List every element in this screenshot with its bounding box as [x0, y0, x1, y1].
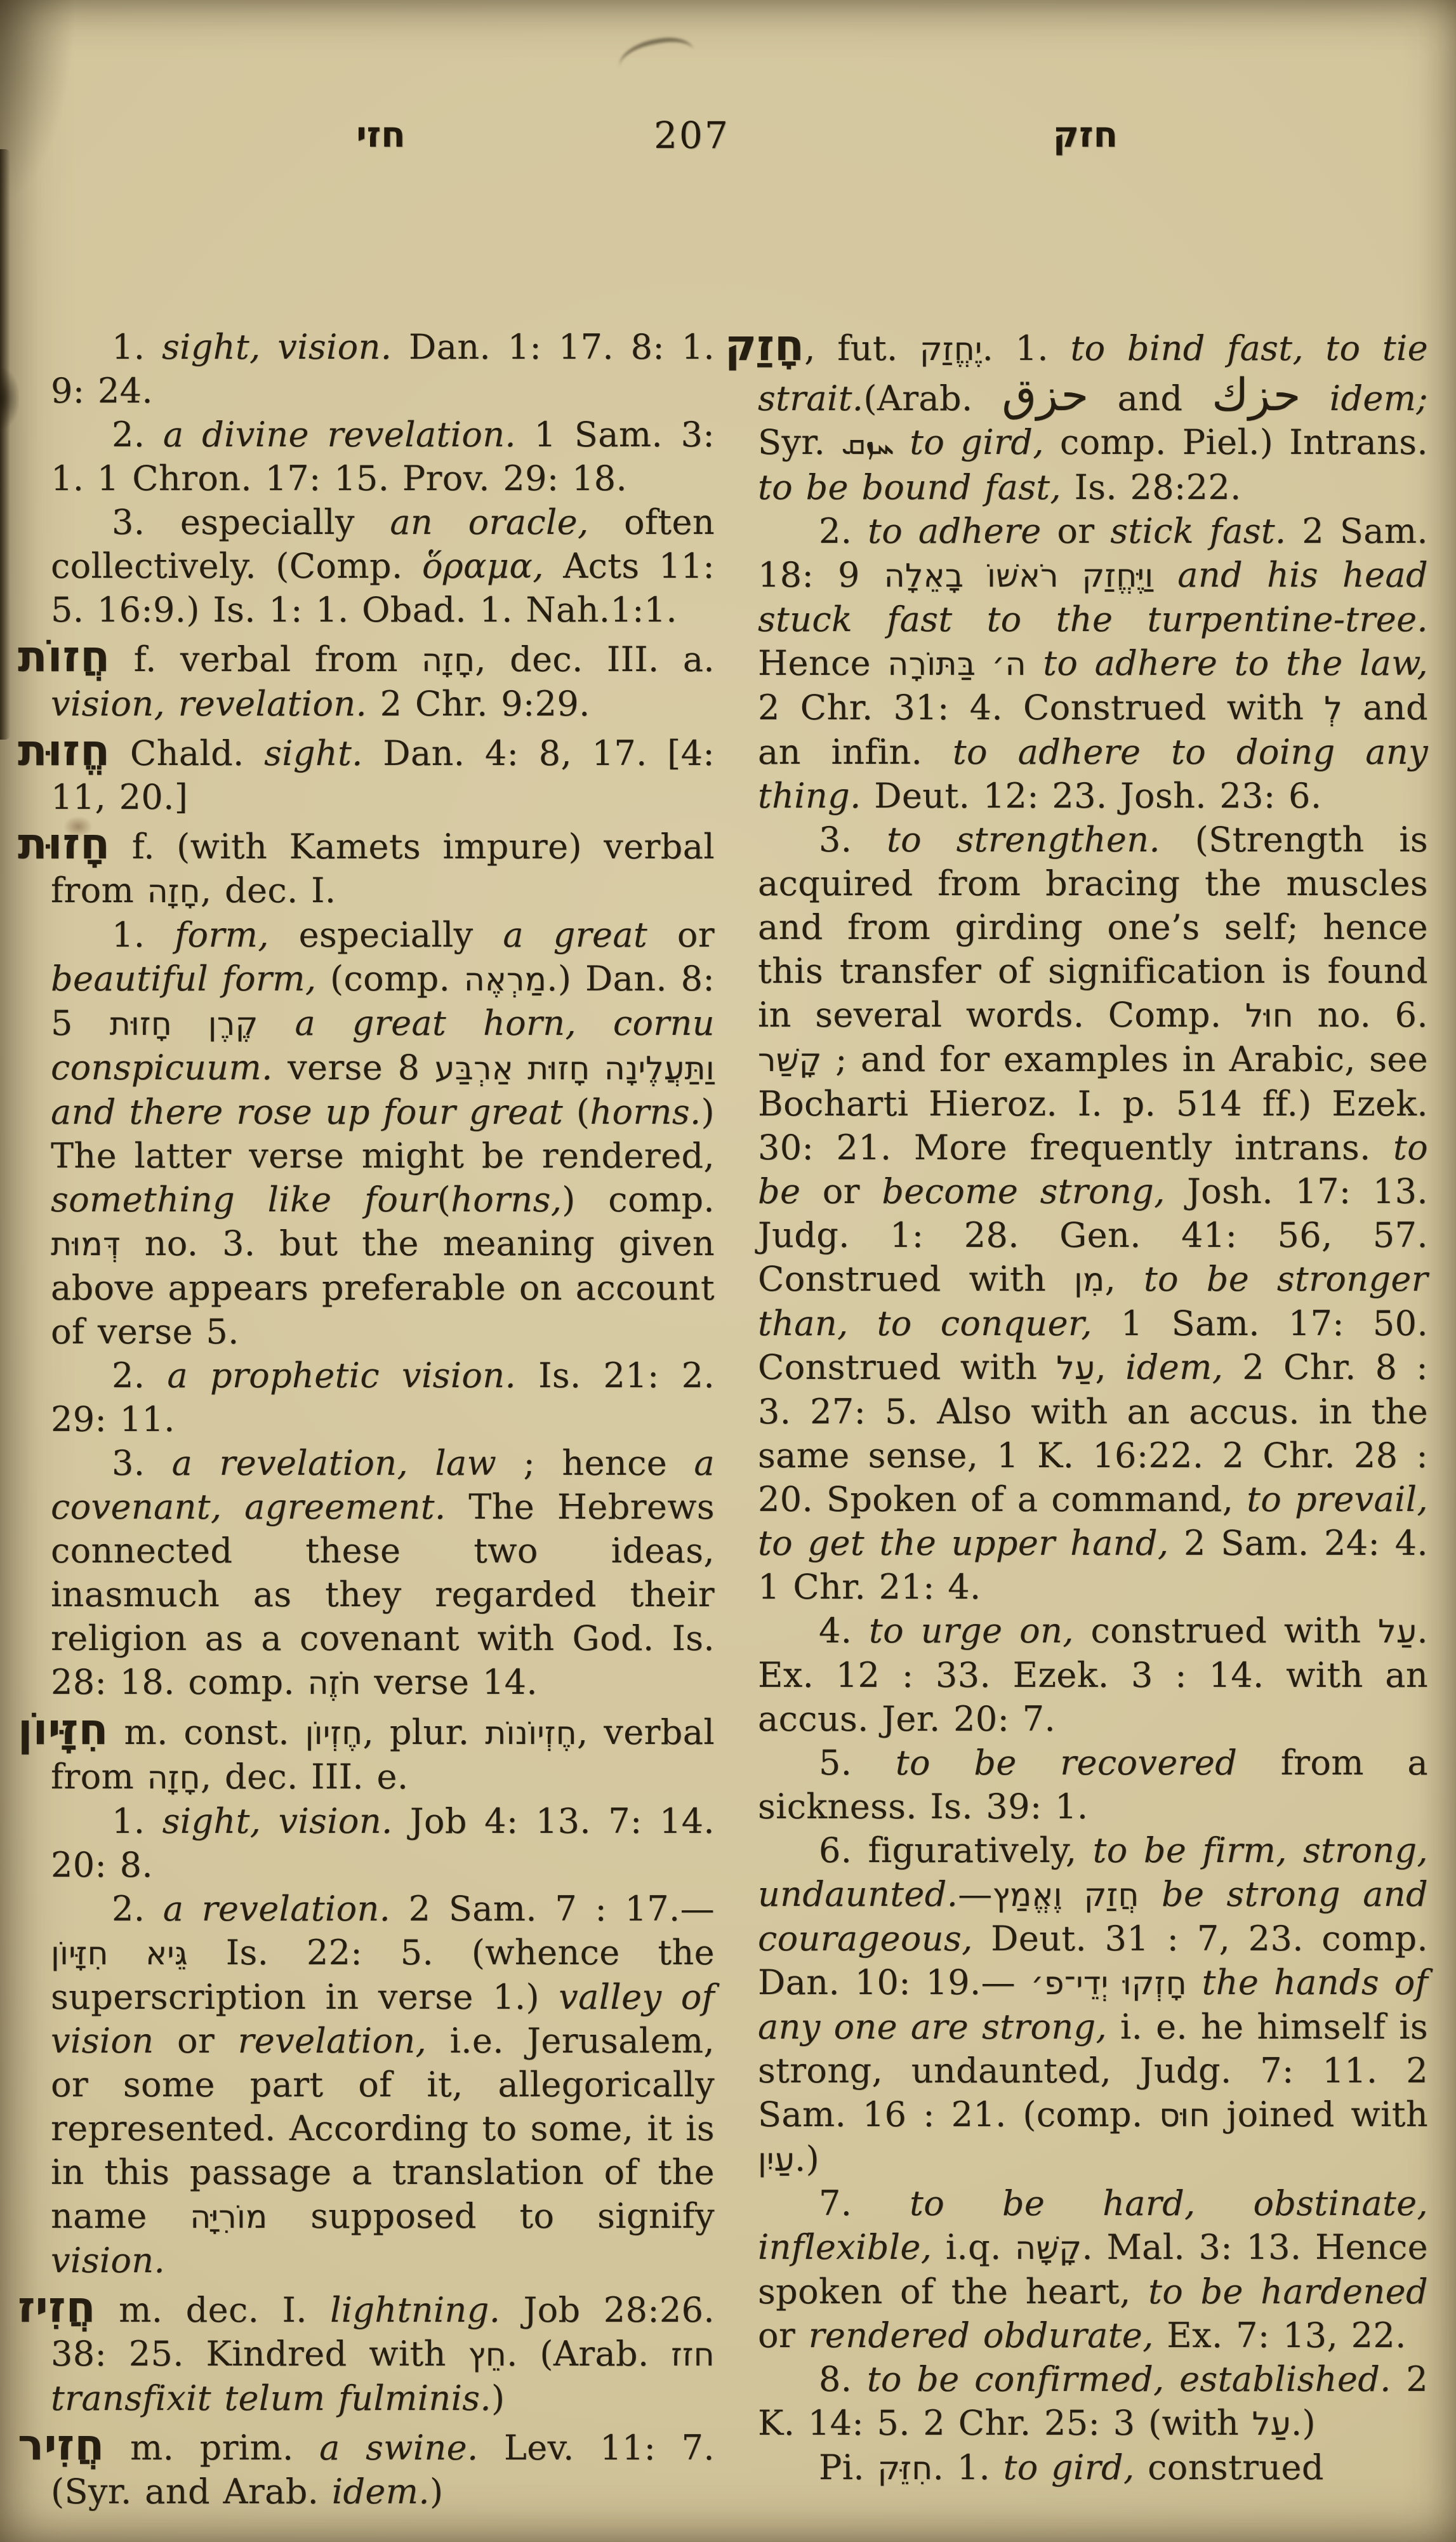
italic-text: to adhere — [868, 511, 1041, 551]
roman-text: , — [1095, 1347, 1126, 1387]
hebrew-headword: חֲזוֹת — [18, 632, 110, 682]
roman-text: — — [958, 1874, 992, 1914]
italic-text: form, — [175, 915, 269, 955]
roman-text: Is. 28:22. — [1061, 467, 1241, 507]
italic-text: lightning. — [330, 2290, 500, 2330]
arabic-text: حزق — [1002, 369, 1089, 421]
page-number: 207 — [628, 107, 755, 164]
roman-text: supposed to signify — [268, 2196, 715, 2236]
hebrew-text: עַל — [1378, 1613, 1417, 1650]
italic-text: sight, vision. — [162, 327, 392, 367]
roman-text — [1153, 555, 1177, 595]
hebrew-text: חזז — [671, 2336, 715, 2373]
hebrew-headword: חִזָּיוֹן — [18, 1705, 109, 1755]
right-column: חָזַק, fut. יֶחֱזַק. 1. to bind fast, to… — [729, 321, 1428, 2490]
italic-text: a great — [503, 915, 647, 955]
roman-text: ; and for examples in Arabic, see Bochar… — [758, 1039, 1428, 1168]
entry-paragraph: חָזוּת f. (with Kamets impure) verbal fr… — [51, 822, 715, 913]
roman-text: m. const. — [109, 1712, 305, 1752]
entry-paragraph: חָזַק, fut. יֶחֱזַק. 1. to bind fast, to… — [758, 323, 1428, 509]
hebrew-text: עַל — [1252, 2405, 1291, 2442]
roman-text: 1. — [112, 327, 162, 367]
hebrew-text: קָשַׁר — [758, 1041, 822, 1079]
hebrew-text: לְ — [1324, 689, 1342, 727]
roman-text: m. prim. — [105, 2428, 319, 2468]
roman-text: (Arab. — [863, 378, 1002, 418]
hebrew-text: חָזְקוּ יְדֵי־פ׳ — [1031, 1964, 1187, 2002]
italic-text: horns, — [451, 1180, 562, 1220]
ink-smudge — [616, 33, 698, 87]
roman-text: or — [1042, 511, 1111, 551]
roman-text: , dec. III. a. — [475, 639, 715, 679]
roman-text — [1139, 1874, 1161, 1914]
hebrew-text: קָשָׁה — [1015, 2229, 1082, 2266]
roman-text: no. 6. — [1294, 995, 1428, 1035]
sense-paragraph: 2. to adhere or stick fast. 2 Sam. 18: 9… — [758, 509, 1428, 818]
hebrew-text: וַתַּעֲלֶינָה חָזוּת אַרְבַּע — [435, 1049, 715, 1087]
hebrew-headword: חָזוּת — [18, 819, 110, 869]
sense-paragraph: 3. a revelation, law ; hence a covenant,… — [51, 1441, 715, 1705]
hebrew-text: מַרְאֶה — [464, 961, 546, 998]
italic-text: a swine. — [319, 2428, 479, 2468]
roman-text: Chald. — [110, 733, 264, 773]
roman-text — [1300, 378, 1330, 418]
hebrew-text: יֶחֱזַק — [920, 330, 983, 368]
roman-text: verse 14. — [361, 1662, 538, 1702]
roman-text: . 1. — [983, 328, 1071, 368]
roman-text: 3. — [112, 1443, 172, 1483]
roman-text: no. 3. but the meaning given above appea… — [51, 1223, 715, 1352]
roman-text: 7. — [819, 2183, 910, 2223]
italic-text: a revelation. — [163, 1889, 391, 1929]
hebrew-text: חֶזְיוֹן — [305, 1714, 363, 1752]
hebrew-headword: חֲזִיר — [18, 2420, 105, 2470]
italic-text: vision, revelation. — [51, 684, 367, 724]
italic-text: to be hardened — [1148, 2272, 1428, 2312]
hebrew-text: עַיִן — [758, 2141, 795, 2178]
italic-text: to be bound fast, — [758, 467, 1061, 507]
roman-text: 2. — [112, 1889, 163, 1929]
roman-text: ; hence — [496, 1443, 694, 1483]
hebrew-text: חָזָה — [421, 641, 475, 679]
hebrew-text: חִזֵּק — [878, 2449, 933, 2487]
italic-text: to gird, — [910, 422, 1044, 462]
italic-text: vision. — [51, 2240, 165, 2280]
roman-text: .) — [1291, 2403, 1316, 2443]
sense-paragraph: 8. to be confirmed, established. 2 K. 14… — [758, 2357, 1428, 2446]
roman-text: , plur. — [363, 1712, 486, 1752]
italic-text: to urge on, — [869, 1611, 1074, 1651]
hebrew-text: חֹזֶה — [308, 1664, 361, 1701]
roman-text: ) — [430, 2472, 443, 2512]
italic-text: to adhere to the law, — [1043, 643, 1428, 683]
roman-text: ) comp. — [562, 1180, 715, 1220]
italic-text: become strong, — [882, 1171, 1165, 1211]
roman-text: 1. — [112, 915, 175, 955]
italic-text: idem. — [332, 2472, 430, 2512]
italic-text: to gird, — [1003, 2447, 1135, 2487]
entry-paragraph: חִזָּיוֹן m. const. חֶזְיוֹן, plur. חֶזְ… — [51, 1707, 715, 1799]
greek-text: ὅραμα, — [422, 546, 544, 586]
hebrew-text: מִן — [1074, 1261, 1105, 1298]
roman-text: Syr. — [758, 422, 841, 462]
roman-text: . 1. — [933, 2447, 1003, 2487]
roman-text: , dec. III. e. — [201, 1757, 408, 1797]
roman-text: ) — [491, 2378, 505, 2418]
roman-text: , fut. — [804, 328, 920, 368]
running-head-right-word: חזק — [1022, 107, 1149, 164]
hebrew-headword: חָזַק — [725, 321, 804, 371]
roman-text: 4. — [819, 1611, 869, 1651]
entry-paragraph: חֲזוֹת f. verbal from חָזָה, dec. III. a… — [51, 634, 715, 726]
roman-text: 3. — [819, 820, 887, 860]
sense-paragraph: 1. sight, vision. Job 4: 13. 7: 14. 20: … — [51, 1799, 715, 1887]
italic-text: and there rose up four great — [51, 1092, 563, 1132]
roman-text: Deut. 12: 23. Josh. 23: 6. — [861, 776, 1322, 816]
roman-text: Pi. — [819, 2447, 878, 2487]
left-column: 1. sight, vision. Dan. 1: 17. 8: 1. 9: 2… — [11, 325, 715, 2513]
roman-text: Hence — [758, 643, 887, 683]
sense-paragraph: 2. a prophetic vision. Is. 21: 2. 29: 11… — [51, 1354, 715, 1441]
hebrew-text: גֵּיא חִזָּיוֹן — [51, 1934, 188, 1972]
sense-paragraph: 1. sight, vision. Dan. 1: 17. 8: 1. 9: 2… — [51, 325, 715, 413]
roman-text: or — [647, 915, 715, 955]
syriac-text: ܚܙܩ — [841, 424, 894, 462]
hebrew-text: חָזָה — [147, 872, 201, 910]
roman-text: f. verbal from — [110, 639, 421, 679]
roman-text: m. dec. I. — [96, 2290, 330, 2330]
italic-text: revelation, — [238, 2021, 427, 2061]
italic-text: idem; — [1330, 378, 1428, 418]
roman-text: 8. — [819, 2359, 867, 2399]
roman-text: 6. figuratively, — [819, 1830, 1093, 1870]
italic-text: horns. — [590, 1092, 701, 1132]
roman-text: or — [800, 1171, 882, 1211]
hebrew-text: מוֹרִיָּה — [190, 2198, 267, 2235]
hebrew-text: חָזָה — [147, 1759, 201, 1796]
roman-text: 2 Chr. 31: 4. Construed with — [758, 688, 1324, 728]
roman-text: joined with — [1210, 2094, 1428, 2134]
roman-text: construed with — [1074, 1611, 1378, 1651]
italic-text: to be recovered — [896, 1743, 1237, 1783]
hebrew-text: קֶרֶן חָזוּת — [110, 1005, 258, 1042]
roman-text: comp. Piel.) Intrans. — [1044, 422, 1428, 462]
arabic-text: حزك — [1212, 369, 1300, 421]
italic-text: idem, — [1125, 1347, 1223, 1387]
roman-text: ( — [437, 1180, 451, 1220]
hebrew-headword: חֱזוּת — [18, 726, 110, 776]
italic-text: something like four — [51, 1180, 437, 1220]
lexicon-page-scan: חזי 207 חזק 1. sight, vision. Dan. 1: 17… — [0, 0, 1456, 2542]
roman-text: especially — [269, 915, 503, 955]
roman-text: 5. — [819, 1743, 896, 1783]
hebrew-headword: חֲזִיז — [18, 2282, 96, 2332]
roman-text: (comp. — [316, 959, 463, 999]
hebrew-text: וַיֶּחֱזַק רֹאשׁוֹ בָאֵלָה — [884, 557, 1154, 594]
hebrew-text: חֲזַק וֶאֱמַץ — [993, 1876, 1139, 1913]
sense-paragraph: 2. a divine revelation. 1 Sam. 3: 1. 1 C… — [51, 413, 715, 500]
italic-text: transfixit telum fulminis. — [51, 2378, 491, 2418]
sense-paragraph: 3. to strengthen. (Strength is acquired … — [758, 818, 1428, 1609]
roman-text — [894, 422, 910, 462]
hebrew-text: ה׳ בַּתּוֹרָה — [887, 645, 1026, 682]
entry-paragraph: חֲזִיר m. prim. a swine. Lev. 11: 7. (Sy… — [51, 2423, 715, 2513]
sense-paragraph: 2. a revelation. 2 Sam. 7 : 17.— גֵּיא ח… — [51, 1887, 715, 2282]
roman-text: . (Arab. — [506, 2334, 671, 2374]
roman-text: construed — [1135, 2447, 1324, 2487]
roman-text: verse 8 — [273, 1048, 435, 1088]
sense-paragraph: 3. especially an oracle, often collectiv… — [51, 500, 715, 632]
italic-text: a prophetic vision. — [167, 1355, 516, 1395]
sense-paragraph: 4. to urge on, construed with עַל. Ex. 1… — [758, 1609, 1428, 1741]
sense-paragraph: Pi. חִזֵּק. 1. to gird, construed — [758, 2446, 1428, 2490]
entry-paragraph: חֲזִיז m. dec. I. lightning. Job 28:26. … — [51, 2285, 715, 2420]
running-head-left-word: חזי — [317, 107, 444, 164]
roman-text: .) — [795, 2139, 819, 2179]
hebrew-text: חֶזְיוֹנוֹת — [485, 1714, 577, 1752]
entry-paragraph: חֱזוּת Chald. sight. Dan. 4: 8, 17. [4: … — [51, 728, 715, 819]
italic-text: rendered obdurate, — [809, 2315, 1154, 2355]
roman-text: 3. especially — [112, 502, 390, 542]
roman-text — [1187, 1962, 1202, 2002]
sense-paragraph: 5. to be recovered from a sickness. Is. … — [758, 1741, 1428, 1828]
hebrew-text: עַל — [1056, 1349, 1095, 1387]
roman-text: ( — [563, 1092, 590, 1132]
roman-text: , — [1105, 1259, 1144, 1299]
roman-text: 2. — [112, 415, 163, 455]
page-corner-shadow — [0, 0, 76, 203]
sense-paragraph: 6. figuratively, to be firm, strong, und… — [758, 1828, 1428, 2181]
book-gutter-shadow — [0, 149, 10, 740]
roman-text: 2 Sam. 7 : 17.— — [390, 1889, 715, 1929]
italic-text: sight. — [264, 733, 363, 773]
roman-text: or — [154, 2021, 237, 2061]
italic-text: to be confirmed, established. — [867, 2359, 1391, 2399]
roman-text: 2. — [819, 511, 868, 551]
italic-text: stick fast. — [1110, 511, 1286, 551]
roman-text: 2 Chr. 9:29. — [367, 684, 590, 724]
italic-text: a divine revelation. — [163, 415, 516, 455]
running-head: חזי 207 חזק — [0, 107, 1456, 164]
roman-text: and — [1089, 378, 1212, 418]
sense-paragraph: 1. form, especially a great or beautiful… — [51, 913, 715, 1354]
hebrew-text: דְּמוּת — [51, 1225, 121, 1263]
italic-text: an oracle, — [390, 502, 588, 542]
roman-text: , dec. I. — [201, 870, 336, 910]
italic-text: to strengthen. — [887, 820, 1160, 860]
roman-text: i.q. — [932, 2227, 1015, 2267]
roman-text — [1026, 643, 1043, 683]
roman-text: 1. — [112, 1801, 162, 1841]
hebrew-text: חוּל — [1245, 997, 1294, 1034]
roman-text: or — [758, 2315, 809, 2355]
roman-text — [258, 1003, 295, 1043]
italic-text: a revelation, law — [172, 1443, 497, 1483]
italic-text: sight, vision. — [162, 1801, 393, 1841]
italic-text: beautiful form, — [51, 959, 316, 999]
hebrew-text: חוּס — [1159, 2096, 1210, 2134]
sense-paragraph: 7. to be hard, obstinate, inflexible, i.… — [758, 2181, 1428, 2357]
roman-text: Ex. 7: 13, 22. — [1154, 2315, 1406, 2355]
hebrew-text: חֵץ — [468, 2336, 506, 2373]
roman-text: 2. — [112, 1355, 167, 1395]
